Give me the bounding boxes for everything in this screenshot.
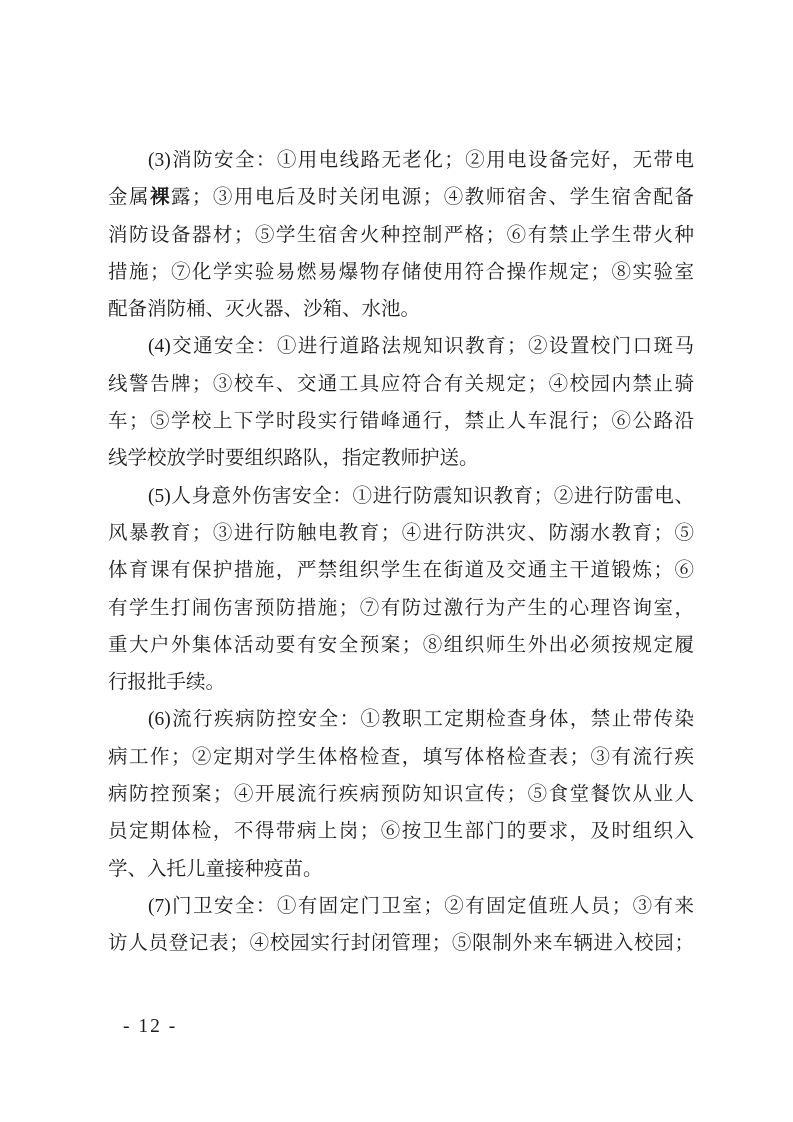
paragraph-5-line-1: (5)人身意外伤害安全：①进行防震知识教育；②进行防雷电、 bbox=[108, 478, 694, 515]
paragraph-5-line-3: 体育课有保护措施，严禁组织学生在街道及交通主干道锻炼；⑥ bbox=[108, 552, 694, 589]
text-segment-bold: 裸 bbox=[150, 187, 171, 208]
page-number: - 12 - bbox=[123, 1015, 177, 1039]
paragraph-4-line-2: 线警告牌；③校车、交通工具应符合有关规定；④校园内禁止骑 bbox=[108, 366, 694, 403]
paragraph-4-line-1: (4)交通安全：①进行道路法规知识教育；②设置校门口斑马 bbox=[108, 328, 694, 365]
paragraph-7-line-2: 访人员登记表；④校园实行封闭管理；⑤限制外来车辆进入校园； bbox=[108, 925, 694, 962]
paragraph-5-line-5: 重大户外集体活动要有安全预案；⑧组织师生外出必须按规定履 bbox=[108, 627, 694, 664]
paragraph-3-line-2: 金属裸露；③用电后及时关闭电源；④教师宿舍、学生宿舍配备 bbox=[108, 179, 694, 216]
paragraph-fire-safety: (3)消防安全：①用电线路无老化；②用电设备完好，无带电 金属裸露；③用电后及时… bbox=[108, 142, 694, 328]
paragraph-6-line-2: 病工作；②定期对学生体格检查，填写体格检查表；③有流行疾 bbox=[108, 739, 694, 776]
paragraph-3-line-4: 措施；⑦化学实验易燃易爆物存储使用符合操作规定；⑧实验室 bbox=[108, 254, 694, 291]
paragraph-4-line-4: 线学校放学时要组织路队，指定教师护送。 bbox=[108, 440, 694, 477]
document-body: (3)消防安全：①用电线路无老化；②用电设备完好，无带电 金属裸露；③用电后及时… bbox=[108, 142, 694, 963]
paragraph-5-line-4: 有学生打闹伤害预防措施；⑦有防过激行为产生的心理咨询室， bbox=[108, 590, 694, 627]
paragraph-7-line-1: (7)门卫安全：①有固定门卫室；②有固定值班人员；③有来 bbox=[108, 888, 694, 925]
document-page: (3)消防安全：①用电线路无老化；②用电设备完好，无带电 金属裸露；③用电后及时… bbox=[0, 0, 793, 1122]
paragraph-traffic-safety: (4)交通安全：①进行道路法规知识教育；②设置校门口斑马 线警告牌；③校车、交通… bbox=[108, 328, 694, 477]
paragraph-3-line-1: (3)消防安全：①用电线路无老化；②用电设备完好，无带电 bbox=[108, 142, 694, 179]
paragraph-6-line-5: 学、入托儿童接种疫苗。 bbox=[108, 851, 694, 888]
paragraph-5-line-2: 风暴教育；③进行防触电教育；④进行防洪灾、防溺水教育；⑤ bbox=[108, 515, 694, 552]
paragraph-3-line-3: 消防设备器材；⑤学生宿舍火种控制严格；⑥有禁止学生带火种 bbox=[108, 217, 694, 254]
text-segment: 金属 bbox=[108, 187, 150, 208]
paragraph-5-line-6: 行报批手续。 bbox=[108, 664, 694, 701]
paragraph-4-line-3: 车；⑤学校上下学时段实行错峰通行，禁止人车混行；⑥公路沿 bbox=[108, 403, 694, 440]
paragraph-gatekeeper-safety: (7)门卫安全：①有固定门卫室；②有固定值班人员；③有来 访人员登记表；④校园实… bbox=[108, 888, 694, 963]
paragraph-epidemic-prevention-safety: (6)流行疾病防控安全：①教职工定期检查身体，禁止带传染 病工作；②定期对学生体… bbox=[108, 701, 694, 887]
paragraph-3-line-5: 配备消防桶、灭火器、沙箱、水池。 bbox=[108, 291, 694, 328]
paragraph-6-line-3: 病防控预案；④开展流行疾病预防知识宣传；⑤食堂餐饮从业人 bbox=[108, 776, 694, 813]
paragraph-6-line-4: 员定期体检，不得带病上岗；⑥按卫生部门的要求，及时组织入 bbox=[108, 813, 694, 850]
paragraph-personal-injury-safety: (5)人身意外伤害安全：①进行防震知识教育；②进行防雷电、 风暴教育；③进行防触… bbox=[108, 478, 694, 702]
paragraph-6-line-1: (6)流行疾病防控安全：①教职工定期检查身体，禁止带传染 bbox=[108, 701, 694, 738]
text-segment: 露；③用电后及时关闭电源；④教师宿舍、学生宿舍配备 bbox=[171, 187, 694, 208]
